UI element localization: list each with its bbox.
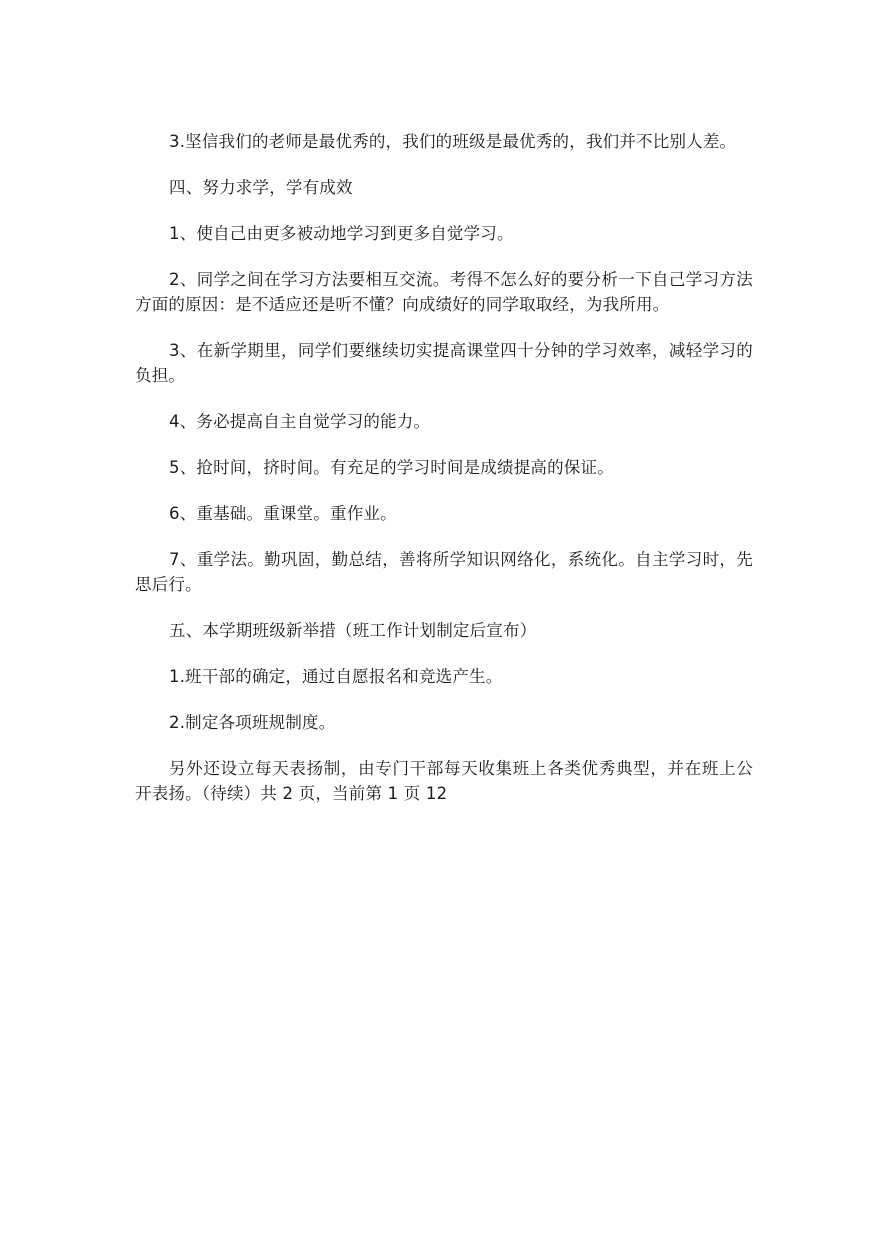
section-heading-new-measures: 五、本学期班级新举措（班工作计划制定后宣布）	[135, 618, 753, 643]
document-page: 3.坚信我们的老师是最优秀的，我们的班级是最优秀的，我们并不比别人差。 四、努力…	[135, 129, 753, 827]
paragraph-item-7: 7、重学法。勤巩固，勤总结，善将所学知识网络化，系统化。自主学习时，先思后行。	[135, 547, 753, 597]
paragraph-item-6: 6、重基础。重课堂。重作业。	[135, 501, 753, 526]
paragraph-measure-2: 2.制定各项班规制度。	[135, 710, 753, 735]
paragraph-item-3: 3、在新学期里，同学们要继续切实提高课堂四十分钟的学习效率，减轻学习的负担。	[135, 338, 753, 388]
paragraph-belief: 3.坚信我们的老师是最优秀的，我们的班级是最优秀的，我们并不比别人差。	[135, 129, 753, 154]
paragraph-item-5: 5、抢时间，挤时间。有充足的学习时间是成绩提高的保证。	[135, 455, 753, 480]
paragraph-praise-system: 另外还设立每天表扬制，由专门干部每天收集班上各类优秀典型，并在班上公开表扬。（待…	[135, 756, 753, 806]
paragraph-item-2: 2、同学之间在学习方法要相互交流。考得不怎么好的要分析一下自己学习方法方面的原因…	[135, 267, 753, 317]
paragraph-item-4: 4、务必提高自主自觉学习的能力。	[135, 409, 753, 434]
paragraph-measure-1: 1.班干部的确定，通过自愿报名和竞选产生。	[135, 664, 753, 689]
section-heading-study: 四、努力求学，学有成效	[135, 175, 753, 200]
paragraph-item-1: 1、使自己由更多被动地学习到更多自觉学习。	[135, 221, 753, 246]
